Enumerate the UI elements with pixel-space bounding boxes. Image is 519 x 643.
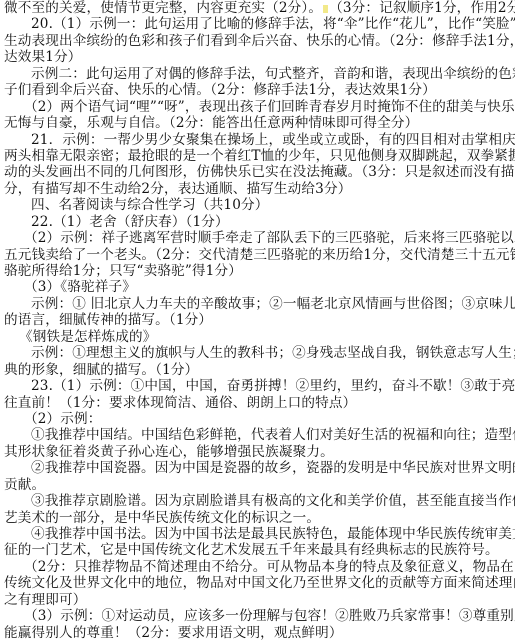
line-text-tail: （3分：记叙顺序1分，作用2分） [329, 0, 515, 16]
text-line: 贡献。 [4, 477, 515, 493]
line-text: 的语言，细腻传神的描写。（1分） [4, 312, 212, 328]
line-text: 示例：①理想主义的旗帜与人生的教科书；②身残志坚战自我，钢铁意志写人生；③经 [31, 345, 515, 361]
line-text: 贡献。 [4, 477, 45, 493]
text-line: 之有理即可） [4, 592, 515, 608]
text-line: 典的形象，细腻的描写。（1分） [4, 362, 515, 378]
text-line: 四、名著阅读与综合性学习（共10分） [4, 197, 515, 213]
line-text: 21．示例：一帮少男少女聚集在操场上，或坐或立或卧，有的四目相对击掌相庆，有的 [31, 132, 515, 148]
line-text: 分，有描写却不生动给2分，表达通顺、描写生动给3分） [4, 181, 351, 197]
line-text: （3）《骆驼祥子》 [24, 279, 136, 295]
line-text: （2分：只推荐物品不简述理由不给分。可从物品本身的特点及象征意义，物品在中国 [24, 559, 515, 575]
text-line: 示例：①理想主义的旗帜与人生的教科书；②身残志坚战自我，钢铁意志写人生；③经 [4, 345, 515, 361]
highlight-mark [323, 5, 328, 13]
line-text: 无悔与自豪，乐观与自信。（2分：能答出任意两种情味即可得全分） [4, 115, 418, 131]
text-line: 的语言，细腻传神的描写。（1分） [4, 312, 515, 328]
text-line: 能赢得别人的尊重！（2分：要求用语文明，观点鲜明） [4, 625, 515, 641]
text-line: 子们看到伞后兴奋、快乐的心情。（2分：修辞手法1分，表达效果1分） [4, 82, 515, 98]
line-text: 典的形象，细腻的描写。（1分） [4, 362, 198, 378]
text-line: （2分：只推荐物品不简述理由不给分。可从物品本身的特点及象征意义，物品在中国 [4, 559, 515, 575]
text-line: 传统文化及世界文化中的地位，物品对中国文化乃至世界文化的贡献等方面来简述理由，言 [4, 575, 515, 591]
line-text: （2）两个语气词“哩”“呀”，表现出孩子们回眸青春岁月时掩饰不住的甜美与快乐， [24, 99, 515, 115]
text-line: 生动表现出伞缤纷的色彩和孩子们看到伞后兴奋、快乐的心情。（2分：修辞手法1分，表 [4, 33, 515, 49]
line-text: 能赢得别人的尊重！（2分：要求用语文明，观点鲜明） [4, 625, 343, 641]
line-text: 动的头发画出不同的几何图形，仿佛快乐已实在没法掩藏。（3分：只是叙述而没有描写给… [4, 164, 515, 180]
line-text: ①我推荐中国结。中国结色彩鲜艳，代表着人们对美好生活的祝福和向往；造型优美， [31, 427, 515, 443]
line-text: 生动表现出伞缤纷的色彩和孩子们看到伞后兴奋、快乐的心情。（2分：修辞手法1分，表 [4, 33, 515, 49]
line-text: 骆驼所得给1分；只写“卖骆驼”得1分） [4, 263, 242, 279]
line-text: 《钢铁是怎样炼成的》 [19, 329, 156, 345]
text-line: 艺美术的一部分，是中华民族传统文化的标识之一。 [4, 510, 515, 526]
line-text: 子们看到伞后兴奋、快乐的心情。（2分：修辞手法1分，表达效果1分） [4, 82, 436, 98]
line-text: 征的一门艺术，它是中国传统文化艺术发展五千年来最具有经典标志的民族符号。 [4, 542, 499, 558]
line-text: 22.（1）老舍（舒庆春）（1分） [31, 214, 229, 230]
text-line: 示例：① 旧北京人力车夫的辛酸故事；②一幅老北京风情画与世俗图；③京味儿十足 [4, 296, 515, 312]
text-line: （2）两个语气词“哩”“呀”，表现出孩子们回眸青春岁月时掩饰不住的甜美与快乐， [4, 99, 515, 115]
line-text: （3）示例：①对运动员，应该多一份理解与包容！②胜败乃兵家常事！③尊重别人才 [24, 608, 515, 624]
text-line: 往直前！（1分：要求体现简洁、通俗、朗朗上口的特点） [4, 395, 515, 411]
line-text: 达效果1分） [4, 49, 82, 65]
line-text: 传统文化及世界文化中的地位，物品对中国文化乃至世界文化的贡献等方面来简述理由，言 [4, 575, 515, 591]
text-line: 无悔与自豪，乐观与自信。（2分：能答出任意两种情味即可得全分） [4, 115, 515, 131]
text-line: （3）示例：①对运动员，应该多一份理解与包容！②胜败乃兵家常事！③尊重别人才 [4, 608, 515, 624]
line-text: 往直前！（1分：要求体现简洁、通俗、朗朗上口的特点） [4, 395, 356, 411]
line-text: 23.（1）示例：①中国，中国，奋勇拼搏！②里约，里约，奋斗不歇！③敢于亮剑，勇 [31, 378, 515, 394]
text-line: 22.（1）老舍（舒庆春）（1分） [4, 214, 515, 230]
text-line: 21．示例：一帮少男少女聚集在操场上，或坐或立或卧，有的四目相对击掌相庆，有的 [4, 132, 515, 148]
text-line: 达效果1分） [4, 49, 515, 65]
text-line: 示例二：此句运用了对偶的修辞手法，句式整齐，音韵和谐，表现出伞缤纷的色彩和孩 [4, 66, 515, 82]
line-text: ②我推荐中国瓷器。因为中国是瓷器的故乡，瓷器的发明是中华民族对世界文明的伟大 [31, 460, 515, 476]
text-line: 《钢铁是怎样炼成的》 [4, 329, 515, 345]
line-text: 20.（1）示例一：此句运用了比喻的修辞手法，将“伞”比作“花儿”，比作“笑脸”… [31, 16, 515, 32]
line-text: （2）示例： [24, 411, 102, 427]
text-line: 23.（1）示例：①中国，中国，奋勇拼搏！②里约，里约，奋斗不歇！③敢于亮剑，勇 [4, 378, 515, 394]
text-line: （2）示例：祥子逃离军营时顺手牵走了部队丢下的三匹骆驼，后来将三匹骆驼以三十 [4, 230, 515, 246]
line-text: （2）示例：祥子逃离军营时顺手牵走了部队丢下的三匹骆驼，后来将三匹骆驼以三十 [24, 230, 515, 246]
text-line: 其形状象征着炎黄子孙心连心，能够增强民族凝聚力。 [4, 444, 515, 460]
text-line: ④我推荐中国书法。因为中国书法是最具民族特色，最能体现中华民族传统审美文化特 [4, 526, 515, 542]
text-line: 两头相靠无限亲密；最抢眼的是一个着红T恤的少年，只见他侧身双脚跳起，双拳紧握，飘 [4, 148, 515, 164]
text-line: 分，有描写却不生动给2分，表达通顺、描写生动给3分） [4, 181, 515, 197]
text-line: 骆驼所得给1分；只写“卖骆驼”得1分） [4, 263, 515, 279]
text-line: （3）《骆驼祥子》 [4, 279, 515, 295]
text-line: 微不至的关爱，使情节更完整，内容更充实（2分）。（3分：记叙顺序1分，作用2分） [4, 0, 515, 16]
line-text: 艺美术的一部分，是中华民族传统文化的标识之一。 [4, 510, 320, 526]
line-text: 之有理即可） [4, 592, 86, 608]
line-text: ③我推荐京剧脸谱。因为京剧脸谱具有极高的文化和美学价值，甚至能直接当作传统工 [31, 493, 515, 509]
text-line: ③我推荐京剧脸谱。因为京剧脸谱具有极高的文化和美学价值，甚至能直接当作传统工 [4, 493, 515, 509]
text-line: ①我推荐中国结。中国结色彩鲜艳，代表着人们对美好生活的祝福和向往；造型优美， [4, 427, 515, 443]
text-line: 五元钱卖给了一个老头。（2分：交代清楚三匹骆驼的来历给1分，交代清楚三十五元钱是… [4, 247, 515, 263]
line-text: 示例二：此句运用了对偶的修辞手法，句式整齐，音韵和谐，表现出伞缤纷的色彩和孩 [31, 66, 515, 82]
line-text: 示例：① 旧北京人力车夫的辛酸故事；②一幅老北京风情画与世俗图；③京味儿十足 [31, 296, 515, 312]
line-text: 四、名著阅读与综合性学习（共10分） [31, 197, 269, 213]
text-line: 动的头发画出不同的几何图形，仿佛快乐已实在没法掩藏。（3分：只是叙述而没有描写给… [4, 164, 515, 180]
line-text: 两头相靠无限亲密；最抢眼的是一个着红T恤的少年，只见他侧身双脚跳起，双拳紧握，飘 [4, 148, 515, 164]
text-line: （2）示例： [4, 411, 515, 427]
line-text: ④我推荐中国书法。因为中国书法是最具民族特色，最能体现中华民族传统审美文化特 [31, 526, 515, 542]
line-text: 五元钱卖给了一个老头。（2分：交代清楚三匹骆驼的来历给1分，交代清楚三十五元钱是… [4, 247, 515, 263]
text-line: ②我推荐中国瓷器。因为中国是瓷器的故乡，瓷器的发明是中华民族对世界文明的伟大 [4, 460, 515, 476]
line-text: 微不至的关爱，使情节更完整，内容更充实（2分）。 [4, 0, 322, 16]
line-text: 其形状象征着炎黄子孙心连心，能够增强民族凝聚力。 [4, 444, 334, 460]
text-line: 20.（1）示例一：此句运用了比喻的修辞手法，将“伞”比作“花儿”，比作“笑脸”… [4, 16, 515, 32]
answer-key-page: 微不至的关爱，使情节更完整，内容更充实（2分）。（3分：记叙顺序1分，作用2分）… [0, 0, 519, 643]
text-line: 征的一门艺术，它是中国传统文化艺术发展五千年来最具有经典标志的民族符号。 [4, 542, 515, 558]
